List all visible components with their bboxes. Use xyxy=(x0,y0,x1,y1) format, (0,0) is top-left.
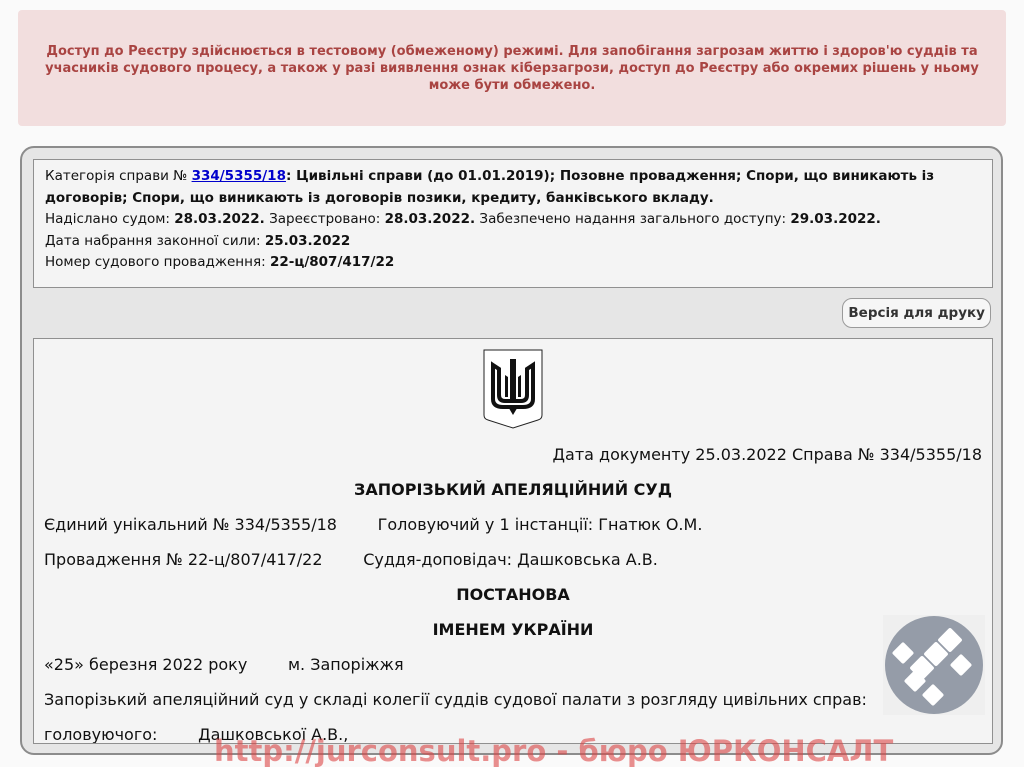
case-category-label: Категорія справи № xyxy=(45,168,192,184)
access-label: Забезпечено надання загального доступу: xyxy=(475,211,790,227)
case-number-link[interactable]: 334/5355/18 xyxy=(192,168,286,184)
case-panel: Категорія справи № 334/5355/18: Цивільні… xyxy=(20,146,1003,755)
effective-label: Дата набрання законної сили: xyxy=(45,233,265,249)
proceeding-label: Номер судового провадження: xyxy=(45,254,270,270)
proceeding-number: 22-ц/807/417/22 xyxy=(270,254,394,270)
case-dates-row: Надіслано судом: 28.03.2022. Зареєстрова… xyxy=(45,209,981,231)
panel-composition-line: Запорізький апеляційний суд у складі кол… xyxy=(44,690,867,709)
date-city-line: «25» березня 2022 року м. Запоріжжя xyxy=(44,655,404,674)
effective-date: 25.03.2022 xyxy=(265,233,350,249)
unique-number-line: Єдиний унікальний № 334/5355/18 Головуюч… xyxy=(44,515,702,534)
document-subtitle: ІМЕНЕМ УКРАЇНИ xyxy=(34,620,992,639)
proceeding-row: Номер судового провадження: 22-ц/807/417… xyxy=(45,252,981,274)
proceeding-line: Провадження № 22-ц/807/417/22 Суддя-допо… xyxy=(44,550,658,569)
sent-date: 28.03.2022. xyxy=(174,211,265,227)
access-warning-banner: Доступ до Реєстру здійснюється в тестово… xyxy=(18,10,1006,126)
registered-label: Зареєстровано: xyxy=(265,211,385,227)
court-name: ЗАПОРІЗЬКИЙ АПЕЛЯЦІЙНИЙ СУД xyxy=(34,480,992,499)
access-warning-text: Доступ до Реєстру здійснюється в тестово… xyxy=(34,43,990,94)
case-info-box: Категорія справи № 334/5355/18: Цивільні… xyxy=(33,159,993,288)
document-body: Дата документу 25.03.2022 Справа № 334/5… xyxy=(33,338,993,744)
effective-date-row: Дата набрання законної сили: 25.03.2022 xyxy=(45,231,981,253)
registered-date: 28.03.2022. xyxy=(385,211,476,227)
watermark-text: http://jurconsult.pro - бюро ЮРКОНСАЛТ xyxy=(214,734,893,767)
access-date: 29.03.2022. xyxy=(790,211,881,227)
document-date-line: Дата документу 25.03.2022 Справа № 334/5… xyxy=(553,445,982,464)
puzzle-pieces-icon xyxy=(883,615,985,715)
sent-label: Надіслано судом: xyxy=(45,211,174,227)
floating-widget-button[interactable] xyxy=(883,615,985,715)
print-version-button[interactable]: Версія для друку xyxy=(842,298,991,328)
ukraine-coat-of-arms-icon xyxy=(483,349,543,429)
case-category-row: Категорія справи № 334/5355/18: Цивільні… xyxy=(45,166,981,209)
document-title: ПОСТАНОВА xyxy=(34,585,992,604)
